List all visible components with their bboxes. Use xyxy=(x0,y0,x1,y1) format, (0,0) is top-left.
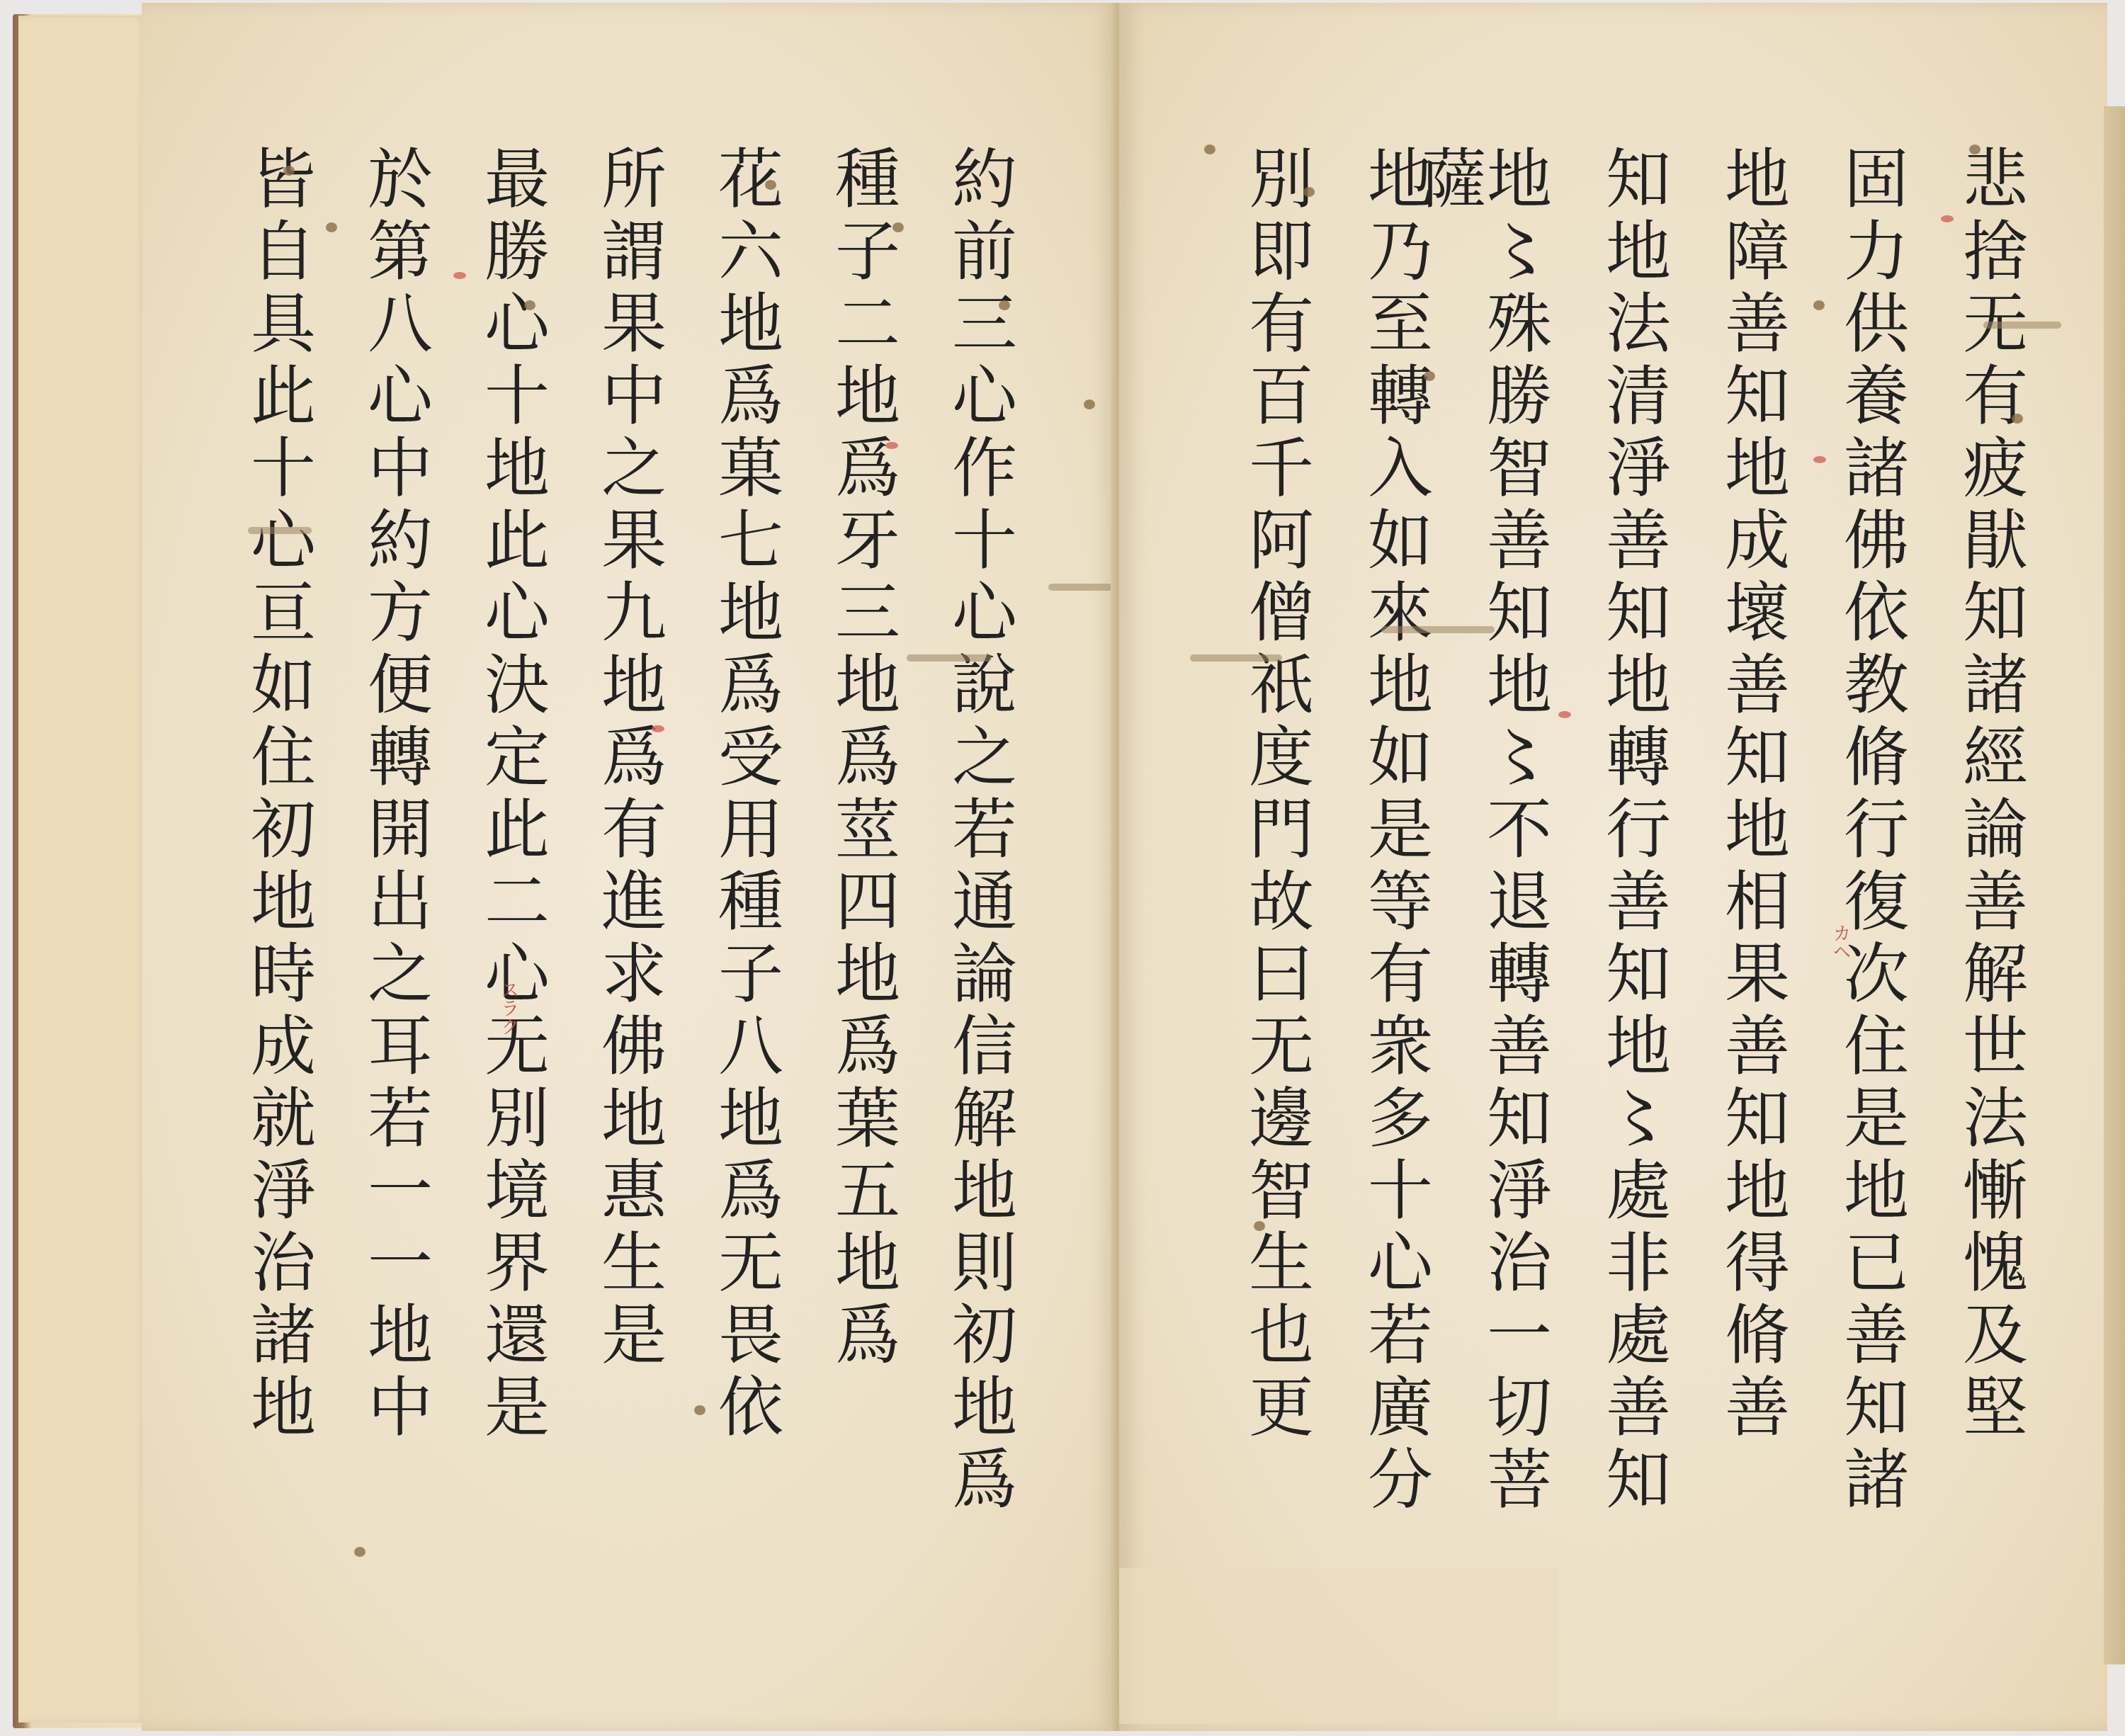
right-page: 悲捨无有疲猒知諸經論善解世法慚愧及堅 固力供養諸佛依教脩行復次住是地已善知諸 地… xyxy=(1119,3,2107,1731)
wormhole xyxy=(1084,399,1095,409)
wormhole xyxy=(1813,300,1825,310)
red-punctuation-mark xyxy=(885,442,898,449)
flyleaf-page xyxy=(18,16,146,1723)
text-column: 悲捨无有疲猒知諸經論善解世法慚愧及堅 xyxy=(1903,144,2022,1554)
text-column: 別即有百千阿僧祇度門故曰无邊智生也更 xyxy=(1189,144,1308,1554)
text-column: 皆自具此十心亘如住初地時成就淨治諸地 xyxy=(193,144,310,1554)
manuscript-spread: 約前三心作十心說之若通論信解地則初地爲 種子二地爲牙三地爲莖四地爲葉五地爲 花六… xyxy=(0,0,2125,1736)
red-punctuation-mark xyxy=(652,725,664,732)
text-column: 地乃至轉入如來地如是等有衆多十心若廣分 xyxy=(1308,144,1427,1554)
wormhole xyxy=(694,1405,705,1415)
text-column: 地〻殊勝智善知地〻不退轉善知淨治一切菩薩 xyxy=(1427,144,1546,1554)
worm-trail-stain xyxy=(1190,654,1282,662)
text-column: 地障善知地成壞善知地相果善知地得脩善 xyxy=(1665,144,1784,1554)
wormhole xyxy=(1254,1221,1265,1231)
wormhole xyxy=(1969,144,1980,154)
text-column: 於第八心中約方便轉開出之耳若一一地中 xyxy=(310,144,427,1554)
text-column: 約前三心作十心說之若通論信解地則初地爲 xyxy=(895,144,1011,1554)
wormhole xyxy=(283,166,295,176)
wormhole xyxy=(1303,187,1315,197)
wormhole xyxy=(354,1547,365,1557)
worm-trail-stain xyxy=(1048,584,1112,591)
text-column: 固力供養諸佛依教脩行復次住是地已善知諸 xyxy=(1784,144,1903,1554)
red-punctuation-mark xyxy=(1941,215,1954,222)
text-column: 花六地爲菓七地爲受用種子八地爲无畏依 xyxy=(661,144,778,1554)
wormhole xyxy=(524,300,535,310)
text-column: 所謂果中之果九地爲有進求佛地惠生是 xyxy=(544,144,661,1554)
red-punctuation-mark xyxy=(1558,711,1571,718)
page-stack-edge xyxy=(2104,106,2125,1664)
worm-trail-stain xyxy=(1983,322,2061,329)
marginal-gloss: カヘ xyxy=(1827,924,1854,960)
right-page-text: 悲捨无有疲猒知諸經論善解世法慚愧及堅 固力供養諸佛依教脩行復次住是地已善知諸 地… xyxy=(1189,144,2022,1554)
wormhole xyxy=(765,180,776,190)
wormhole xyxy=(1424,371,1435,381)
marginal-gloss: スラク xyxy=(496,980,522,1036)
worm-trail-stain xyxy=(907,654,992,662)
wormhole xyxy=(999,300,1010,310)
paper-repair-strip xyxy=(1119,1568,1558,1724)
text-column: 知地法清淨善知地轉行善知地〻處非處善知 xyxy=(1546,144,1665,1554)
text-column: 最勝心十地此心決定此二心无別境界還是 xyxy=(427,144,544,1554)
wormhole xyxy=(326,222,337,232)
wormhole xyxy=(2012,414,2023,424)
left-page: 約前三心作十心說之若通論信解地則初地爲 種子二地爲牙三地爲莖四地爲葉五地爲 花六… xyxy=(142,3,1118,1731)
red-punctuation-mark xyxy=(1813,456,1826,463)
left-page-text: 約前三心作十心說之若通論信解地則初地爲 種子二地爲牙三地爲莖四地爲葉五地爲 花六… xyxy=(193,144,1011,1554)
worm-trail-stain xyxy=(1381,626,1495,633)
wormhole xyxy=(892,222,904,232)
wormhole xyxy=(1204,144,1215,154)
red-punctuation-mark xyxy=(453,272,466,279)
text-column: 種子二地爲牙三地爲莖四地爲葉五地爲 xyxy=(778,144,895,1554)
worm-trail-stain xyxy=(248,527,312,534)
